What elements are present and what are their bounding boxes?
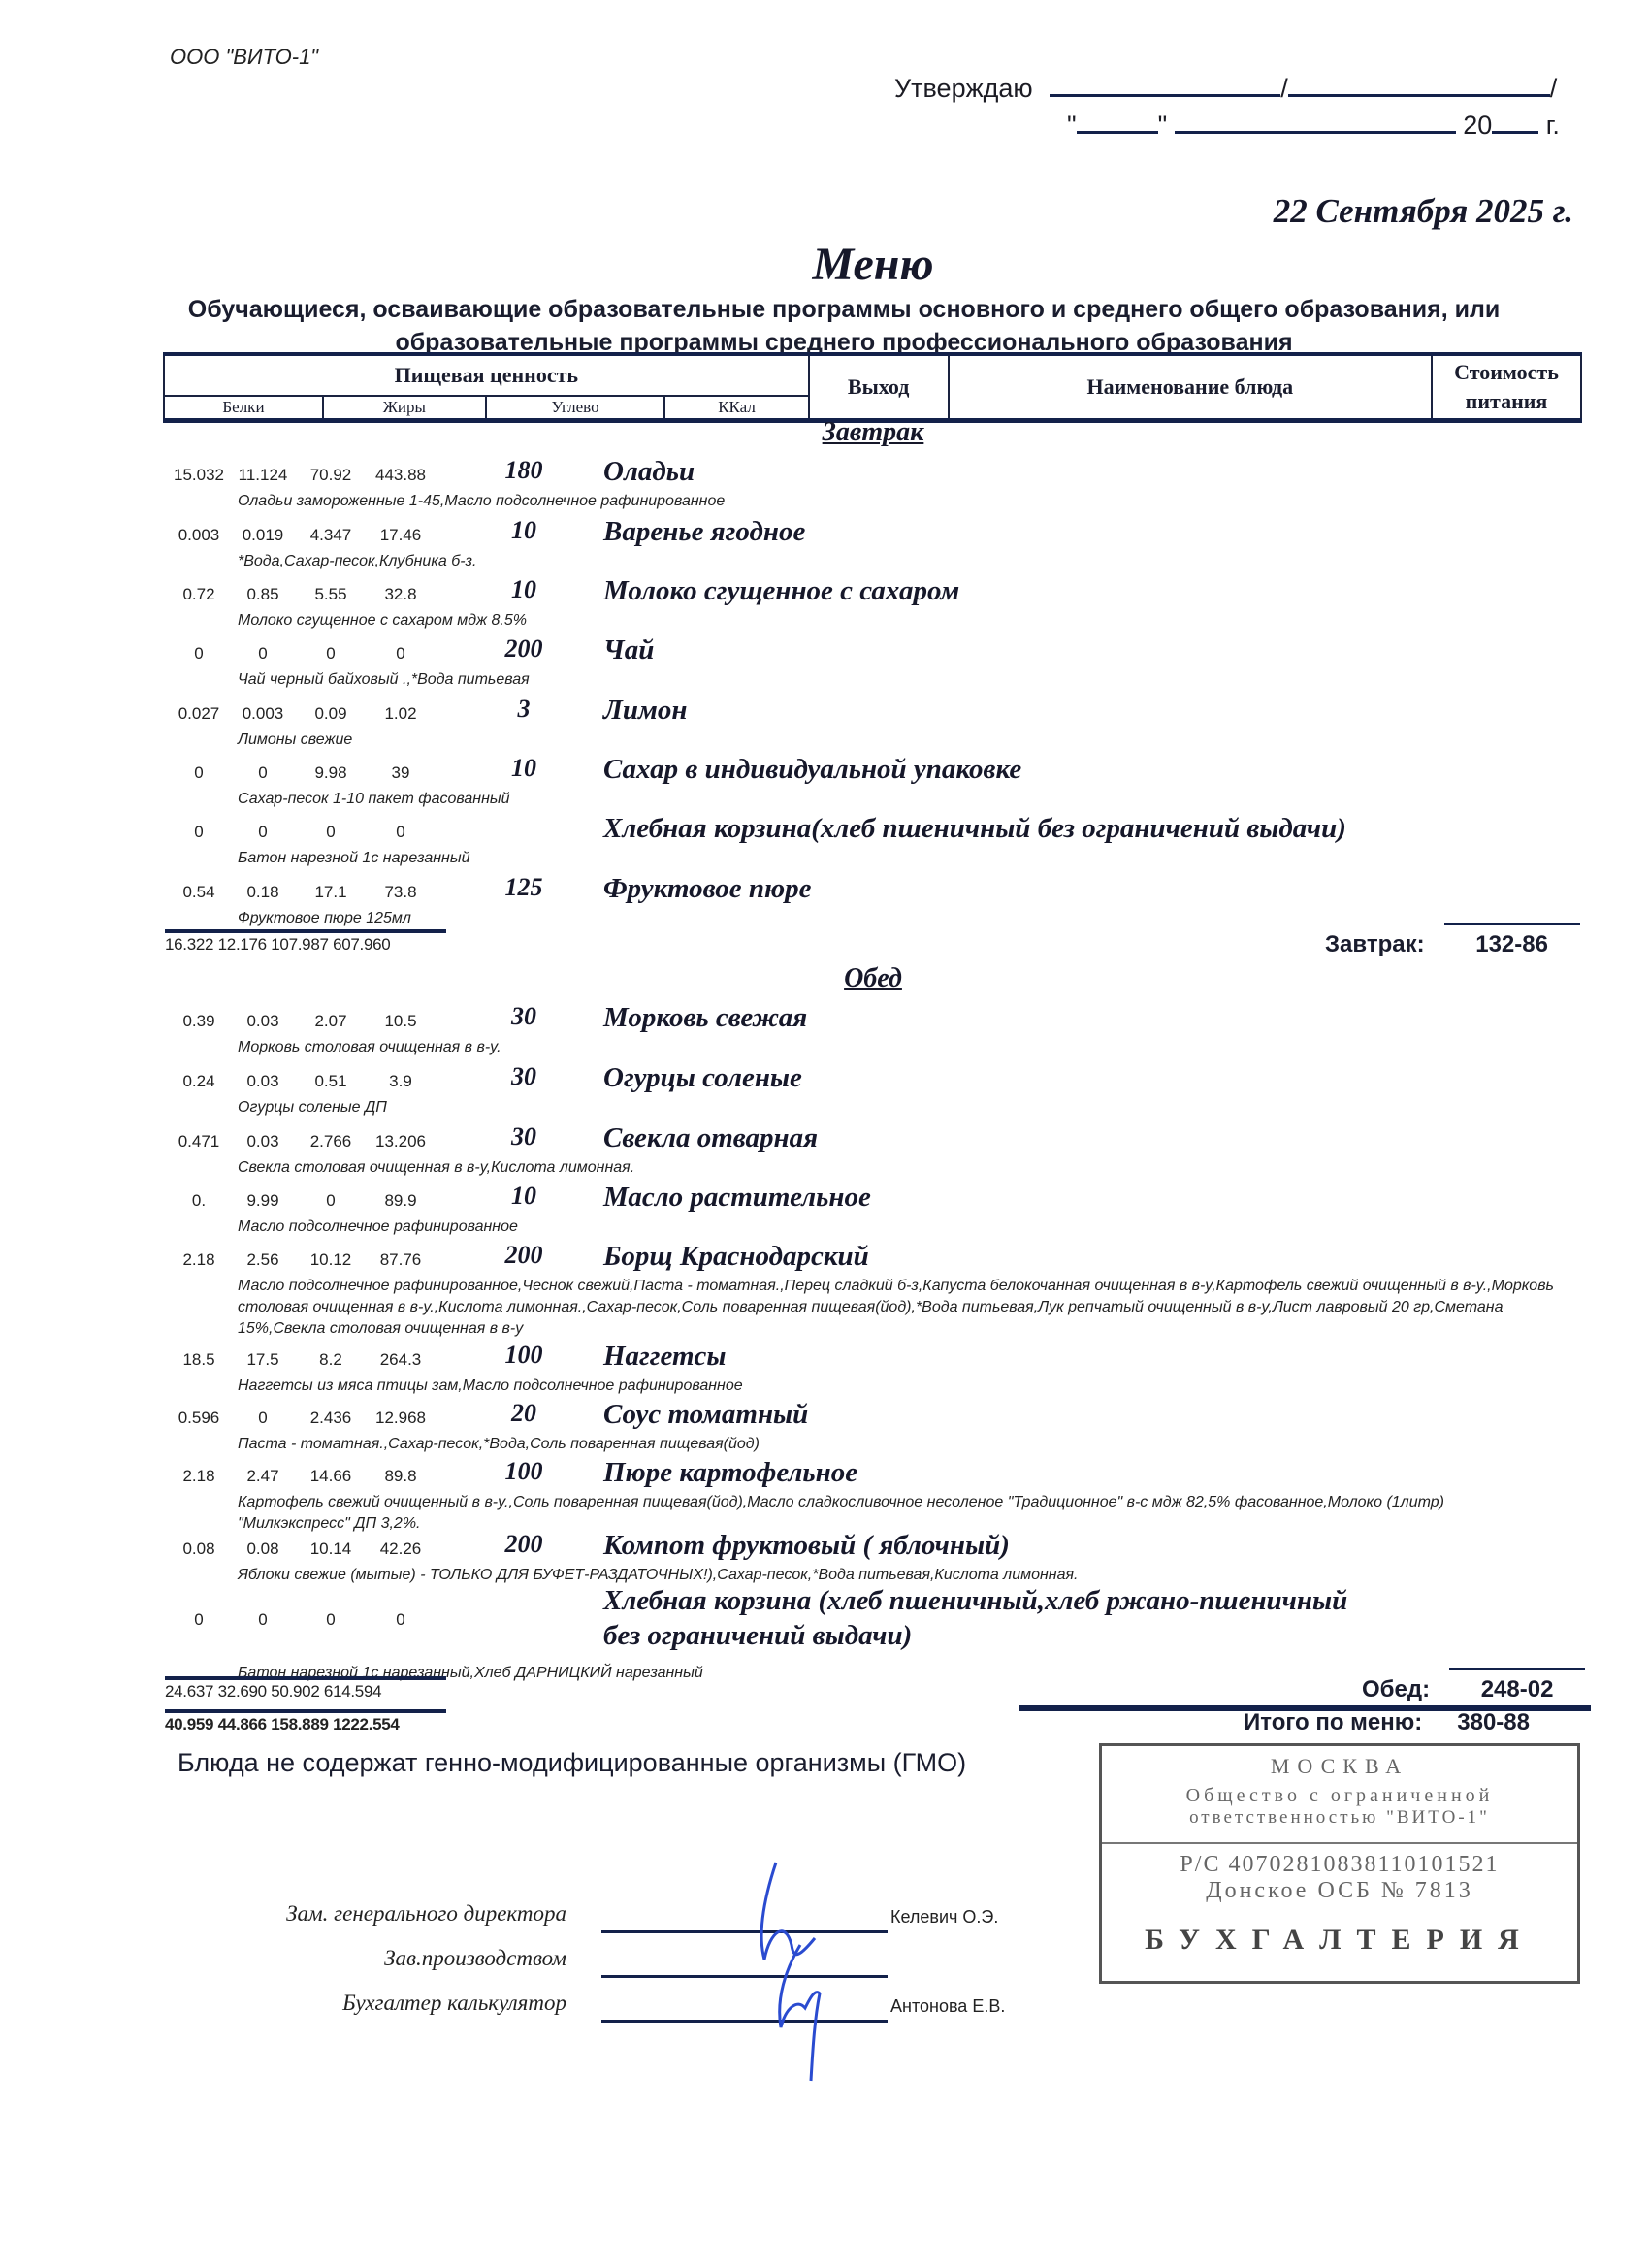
approval-date-line: "" 20 г. — [1067, 111, 1560, 141]
protein-value: 0 — [165, 1610, 233, 1630]
menu-item-row: 0.0270.0030.091.023Лимон — [165, 693, 1600, 731]
fat-value: 0.18 — [229, 883, 297, 902]
output-header: Выход — [809, 354, 949, 421]
dish-ingredients: Наггетсы из мяса птицы зам,Масло подсолн… — [238, 1376, 1557, 1397]
menu-item-row: 0.240.030.513.930Огурцы соленые — [165, 1060, 1600, 1099]
grand-total-cost: 380-88 — [1457, 1709, 1530, 1735]
protein-value: 0 — [165, 763, 233, 783]
breakfast-total: Завтрак:132-86 — [1325, 923, 1580, 958]
fat-value: 0.03 — [229, 1072, 297, 1091]
menu-date: 22 Сентября 2025 г. — [1274, 192, 1573, 231]
handwritten-signature-icon — [737, 1853, 892, 2086]
portion-output: 20 — [475, 1399, 572, 1428]
dish-name: Хлебная корзина (хлеб пшеничный,хлеб ржа… — [603, 1583, 1347, 1653]
year-suffix: г. — [1546, 111, 1560, 140]
dish-name: Свекла отварная — [603, 1120, 818, 1155]
portion-output: 200 — [475, 1530, 572, 1559]
portion-output: 100 — [475, 1341, 572, 1370]
stamp-bank: Донское ОСБ № 7813 — [1102, 1878, 1577, 1904]
menu-item-row: 0000200Чай — [165, 632, 1600, 671]
kcal-value: 0 — [367, 823, 435, 842]
dish-ingredients: Огурцы соленые ДП — [238, 1097, 1557, 1118]
separator: / — [1550, 74, 1558, 103]
fat-value: 2.56 — [229, 1250, 297, 1270]
company-stamp: МОСКВА Общество с ограниченной ответстве… — [1099, 1743, 1580, 1984]
kcal-value: 17.46 — [367, 526, 435, 545]
cost-header: Стоимость питания — [1432, 354, 1581, 421]
dish-ingredients: Масло подсолнечное рафинированное,Чеснок… — [238, 1276, 1557, 1340]
signature-role: Бухгалтер калькулятор — [342, 1991, 566, 2016]
protein-value: 0.72 — [165, 585, 233, 604]
menu-item-row: 0.720.855.5532.810Молоко сгущенное с сах… — [165, 573, 1600, 612]
dish-name: Фруктовое пюре — [603, 871, 812, 906]
carbs-value: 0 — [297, 1191, 365, 1211]
month-field[interactable] — [1175, 112, 1456, 134]
menu-item-row: 0.080.0810.1442.26200Компот фруктовый ( … — [165, 1528, 1600, 1567]
portion-output: 10 — [475, 516, 572, 545]
protein-value: 0 — [165, 823, 233, 842]
kcal-value: 0 — [367, 1610, 435, 1630]
protein-value: 0.003 — [165, 526, 233, 545]
stamp-account: Р/С 40702810838110101521 — [1102, 1842, 1577, 1878]
menu-item-row: 0000Хлебная корзина(хлеб пшеничный без о… — [165, 811, 1600, 850]
quote: " — [1158, 111, 1168, 140]
fat-value: 2.47 — [229, 1467, 297, 1486]
total-kcal: 614.594 — [324, 1682, 381, 1701]
dish-name: Огурцы соленые — [603, 1060, 802, 1095]
portion-output: 200 — [475, 1241, 572, 1270]
portion-output: 30 — [475, 1062, 572, 1091]
total-carbs: 50.902 — [271, 1682, 319, 1701]
portion-output: 30 — [475, 1002, 572, 1031]
kcal-value: 0 — [367, 644, 435, 664]
kcal-value: 3.9 — [367, 1072, 435, 1091]
fat-value: 0 — [229, 1409, 297, 1428]
nutrition-header: Пищевая ценность — [164, 354, 809, 396]
signature-person: Келевич О.Э. — [890, 1907, 998, 1928]
total-kcal: 607.960 — [333, 935, 390, 954]
dish-name: Наггетсы — [603, 1339, 727, 1374]
kcal-value: 89.9 — [367, 1191, 435, 1211]
total-protein: 16.322 — [165, 935, 213, 954]
protein-value: 0.08 — [165, 1539, 233, 1559]
carbs-value: 9.98 — [297, 763, 365, 783]
protein-value: 18.5 — [165, 1350, 233, 1370]
stamp-line1: Общество с ограниченной — [1102, 1785, 1577, 1807]
section-lunch: Обед — [0, 963, 1649, 994]
fat-value: 17.5 — [229, 1350, 297, 1370]
fat-value: 0.08 — [229, 1539, 297, 1559]
dish-ingredients: *Вода,Сахар-песок,Клубника б-з. — [238, 551, 1557, 572]
menu-item-row: 0000Хлебная корзина (хлеб пшеничный,хлеб… — [165, 1583, 1600, 1622]
dish-name-line2: без ограничений выдачи) — [603, 1618, 1347, 1653]
fat-value: 0 — [229, 763, 297, 783]
carbs-value: 2.07 — [297, 1012, 365, 1031]
carbs-value: 14.66 — [297, 1467, 365, 1486]
portion-output: 125 — [475, 873, 572, 902]
quote: " — [1067, 111, 1077, 140]
portion-output: 180 — [475, 456, 572, 485]
menu-item-row: 009.983910Сахар в индивидуальной упаковк… — [165, 752, 1600, 791]
breakfast-total-label: Завтрак: — [1325, 931, 1425, 957]
dish-name-line1: Хлебная корзина (хлеб пшеничный,хлеб ржа… — [603, 1583, 1347, 1618]
protein-value: 0 — [165, 644, 233, 664]
stamp-city: МОСКВА — [1102, 1754, 1577, 1779]
kcal-value: 89.8 — [367, 1467, 435, 1486]
signature-person: Антонова Е.В. — [890, 1996, 1005, 2017]
dish-name: Пюре картофельное — [603, 1455, 857, 1490]
protein-value: 2.18 — [165, 1250, 233, 1270]
menu-item-row: 18.517.58.2264.3100Наггетсы — [165, 1339, 1600, 1377]
carbs-value: 10.12 — [297, 1250, 365, 1270]
grand-kcal: 1222.554 — [333, 1715, 400, 1733]
dish-name: Молоко сгущенное с сахаром — [603, 573, 959, 608]
carbs-value: 10.14 — [297, 1539, 365, 1559]
kcal-value: 443.88 — [367, 466, 435, 485]
kcal-value: 73.8 — [367, 883, 435, 902]
dish-name: Компот фруктовый ( яблочный) — [603, 1528, 1010, 1563]
protein-value: 0. — [165, 1191, 233, 1211]
approve-label: Утверждаю — [894, 74, 1033, 103]
gmo-notice: Блюда не содержат генно-модифицированные… — [178, 1748, 966, 1778]
fat-value: 0.003 — [229, 704, 297, 724]
grand-total-label: Итого по меню: — [1244, 1709, 1422, 1735]
year-prefix: 20 — [1463, 111, 1492, 140]
dish-ingredients: Молоко сгущенное с сахаром мдж 8.5% — [238, 610, 1557, 632]
page-subtitle: Обучающиеся, осваивающие образовательные… — [175, 293, 1513, 359]
kcal-value: 1.02 — [367, 704, 435, 724]
kcal-value: 32.8 — [367, 585, 435, 604]
carbs-value: 17.1 — [297, 883, 365, 902]
protein-value: 0.54 — [165, 883, 233, 902]
carbs-value: 0 — [297, 644, 365, 664]
dish-name: Варенье ягодное — [603, 514, 805, 549]
carbs-value: 0 — [297, 1610, 365, 1630]
protein-value: 0.027 — [165, 704, 233, 724]
breakfast-total-cost: 132-86 — [1444, 923, 1580, 958]
dish-ingredients: Оладьи замороженные 1-45,Масло подсолнеч… — [238, 491, 1557, 512]
dish-ingredients: Свекла столовая очищенная в в-у,Кислота … — [238, 1157, 1557, 1179]
carbs-value: 0.09 — [297, 704, 365, 724]
menu-table-header: Пищевая ценность Выход Наименование блюд… — [163, 352, 1582, 423]
dish-name: Морковь свежая — [603, 1000, 807, 1035]
carbs-value: 2.766 — [297, 1132, 365, 1151]
fat-value: 9.99 — [229, 1191, 297, 1211]
portion-output: 3 — [475, 695, 572, 724]
kcal-value: 13.206 — [367, 1132, 435, 1151]
menu-item-row: 15.03211.12470.92443.88180Оладьи — [165, 454, 1600, 493]
dish-ingredients: Морковь столовая очищенная в в-у. — [238, 1037, 1557, 1058]
carbs-value: 2.436 — [297, 1409, 365, 1428]
menu-item-row: 0.540.1817.173.8125Фруктовое пюре — [165, 871, 1600, 910]
dish-name: Масло растительное — [603, 1180, 871, 1215]
kcal-value: 39 — [367, 763, 435, 783]
grand-fat: 44.866 — [218, 1715, 267, 1733]
cost-header-line1: Стоимость — [1454, 360, 1559, 384]
protein-value: 0.471 — [165, 1132, 233, 1151]
kcal-value: 10.5 — [367, 1012, 435, 1031]
portion-output: 100 — [475, 1457, 572, 1486]
portion-output: 10 — [475, 754, 572, 783]
fat-value: 0 — [229, 1610, 297, 1630]
menu-item-row: 0.59602.43612.96820Соус томатный — [165, 1397, 1600, 1436]
fat-value: 0.03 — [229, 1012, 297, 1031]
portion-output: 10 — [475, 575, 572, 604]
fat-value: 0 — [229, 644, 297, 664]
signature-row-production-head: Зав.производством — [194, 1946, 1067, 1985]
year-field[interactable] — [1492, 112, 1538, 134]
kcal-value: 87.76 — [367, 1250, 435, 1270]
dish-ingredients: Паста - томатная.,Сахар-песок,*Вода,Соль… — [238, 1434, 1557, 1455]
stamp-line2: ответственностью "ВИТО-1" — [1102, 1807, 1577, 1829]
fat-value: 0.85 — [229, 585, 297, 604]
total-fat: 32.690 — [218, 1682, 267, 1701]
protein-value: 15.032 — [165, 466, 233, 485]
dish-name: Лимон — [603, 693, 688, 728]
protein-value: 0.596 — [165, 1409, 233, 1428]
signature-role: Зав.производством — [384, 1946, 566, 1971]
total-fat: 12.176 — [218, 935, 267, 954]
approver-signature-field[interactable] — [1050, 75, 1280, 97]
approver-name-field[interactable] — [1288, 75, 1550, 97]
signature-row-accountant: Бухгалтер калькулятор Антонова Е.В. — [194, 1991, 1067, 2029]
signature-row-deputy-director: Зам. генерального директора Келевич О.Э. — [194, 1901, 1067, 1940]
dish-name: Сахар в индивидуальной упаковке — [603, 752, 1021, 787]
breakfast-nutrition-totals: 16.322 12.176 107.987 607.960 — [165, 929, 446, 955]
lunch-nutrition-totals: 24.637 32.690 50.902 614.594 — [165, 1676, 446, 1701]
fat-value: 0.03 — [229, 1132, 297, 1151]
fat-value: 11.124 — [229, 466, 297, 485]
carbs-value: 0.51 — [297, 1072, 365, 1091]
kcal-value: 12.968 — [367, 1409, 435, 1428]
grand-carbs: 158.889 — [271, 1715, 328, 1733]
stamp-department: БУХГАЛТЕРИЯ — [1102, 1924, 1577, 1957]
day-field[interactable] — [1077, 112, 1158, 134]
fat-value: 0.019 — [229, 526, 297, 545]
grand-protein: 40.959 — [165, 1715, 213, 1733]
total-carbs: 107.987 — [271, 935, 328, 954]
page-title: Меню — [0, 238, 1649, 291]
carbs-value: 4.347 — [297, 526, 365, 545]
dish-ingredients: Чай черный байховый .,*Вода питьевая — [238, 669, 1557, 691]
dish-name-header: Наименование блюда — [949, 354, 1432, 421]
lunch-total-cost: 248-02 — [1449, 1668, 1585, 1703]
cost-header-line2: питания — [1466, 389, 1548, 413]
dish-ingredients: Сахар-песок 1-10 пакет фасованный — [238, 789, 1557, 810]
menu-item-row: 0.0030.0194.34717.4610Варенье ягодное — [165, 514, 1600, 553]
menu-item-row: 0.4710.032.76613.20630Свекла отварная — [165, 1120, 1600, 1159]
portion-output: 10 — [475, 1182, 572, 1211]
dish-name: Чай — [603, 632, 654, 667]
protein-value: 0.39 — [165, 1012, 233, 1031]
grand-nutrition-totals: 40.959 44.866 158.889 1222.554 — [165, 1709, 446, 1734]
dish-ingredients: Лимоны свежие — [238, 729, 1557, 751]
grand-total: Итого по меню:380-88 — [1244, 1709, 1530, 1736]
portion-output: 30 — [475, 1122, 572, 1151]
portion-output: 200 — [475, 634, 572, 664]
dish-name: Оладьи — [603, 454, 695, 489]
section-breakfast: Завтрак — [0, 417, 1649, 448]
protein-value: 2.18 — [165, 1467, 233, 1486]
dish-ingredients: Батон нарезной 1с нарезанный — [238, 848, 1557, 869]
protein-value: 0.24 — [165, 1072, 233, 1091]
dish-name: Борщ Краснодарский — [603, 1239, 869, 1274]
carbs-value: 0 — [297, 823, 365, 842]
lunch-total-label: Обед: — [1362, 1676, 1430, 1702]
dish-ingredients: Масло подсолнечное рафинированное — [238, 1216, 1557, 1238]
menu-item-row: 2.182.5610.1287.76200Борщ Краснодарский — [165, 1239, 1600, 1278]
kcal-value: 42.26 — [367, 1539, 435, 1559]
carbs-value: 8.2 — [297, 1350, 365, 1370]
total-protein: 24.637 — [165, 1682, 213, 1701]
signature-role: Зам. генерального директора — [286, 1901, 566, 1927]
dish-name: Соус томатный — [603, 1397, 808, 1432]
menu-item-row: 2.182.4714.6689.8100Пюре картофельное — [165, 1455, 1600, 1494]
separator: / — [1280, 74, 1288, 103]
lunch-total: Обед:248-02 — [1362, 1668, 1585, 1703]
approval-line: Утверждаю // — [894, 74, 1557, 104]
carbs-value: 70.92 — [297, 466, 365, 485]
organization-name: ООО "ВИТО-1" — [170, 45, 318, 70]
menu-item-row: 0.9.99089.910Масло растительное — [165, 1180, 1600, 1218]
menu-item-row: 0.390.032.0710.530Морковь свежая — [165, 1000, 1600, 1039]
dish-name: Хлебная корзина(хлеб пшеничный без огран… — [603, 811, 1346, 846]
kcal-value: 264.3 — [367, 1350, 435, 1370]
fat-value: 0 — [229, 823, 297, 842]
carbs-value: 5.55 — [297, 585, 365, 604]
